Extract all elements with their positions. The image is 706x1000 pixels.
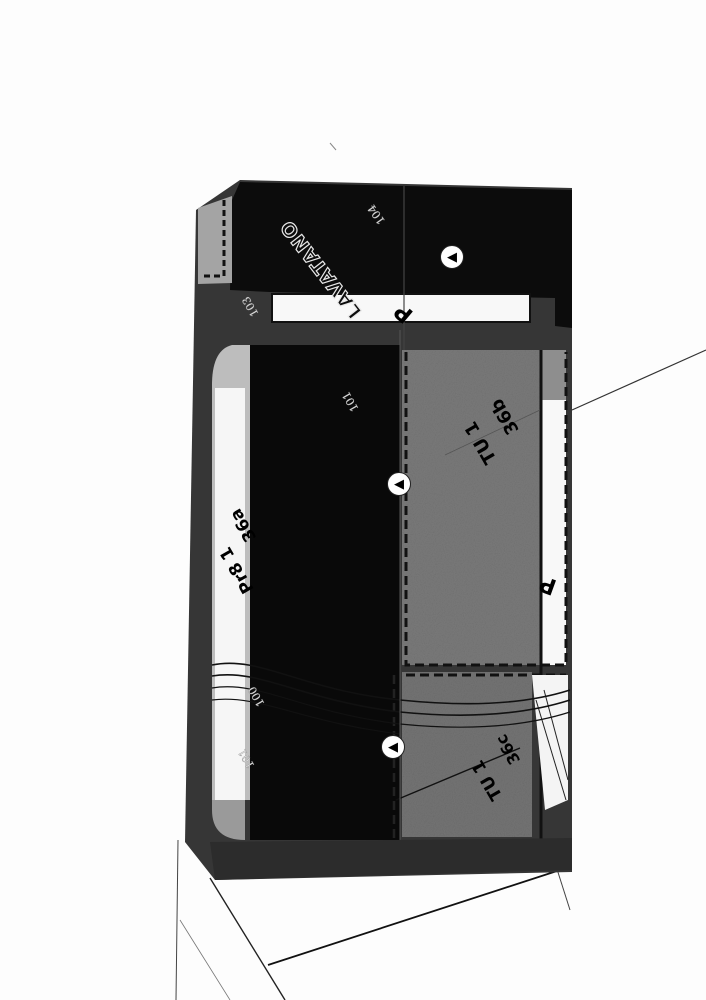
- corner-strip: [198, 196, 232, 284]
- sidewalk-strip-right: [542, 400, 566, 665]
- tree-icon: ◀: [388, 741, 398, 754]
- parcel-36b: [402, 350, 542, 665]
- boundary-line-bottom: [268, 870, 560, 965]
- boundary-line-left: [176, 840, 178, 1000]
- tree-marker-top: ◀: [440, 245, 464, 269]
- boundary-line-bottom-left: [210, 878, 285, 1000]
- boundary-line-right: [572, 350, 706, 410]
- plan-drawing: [0, 0, 706, 1000]
- block-101: [250, 345, 400, 840]
- tree-icon: ◀: [447, 251, 457, 264]
- tree-icon: ◀: [394, 478, 404, 491]
- tree-marker-bottom: ◀: [381, 735, 405, 759]
- tree-marker-middle: ◀: [387, 472, 411, 496]
